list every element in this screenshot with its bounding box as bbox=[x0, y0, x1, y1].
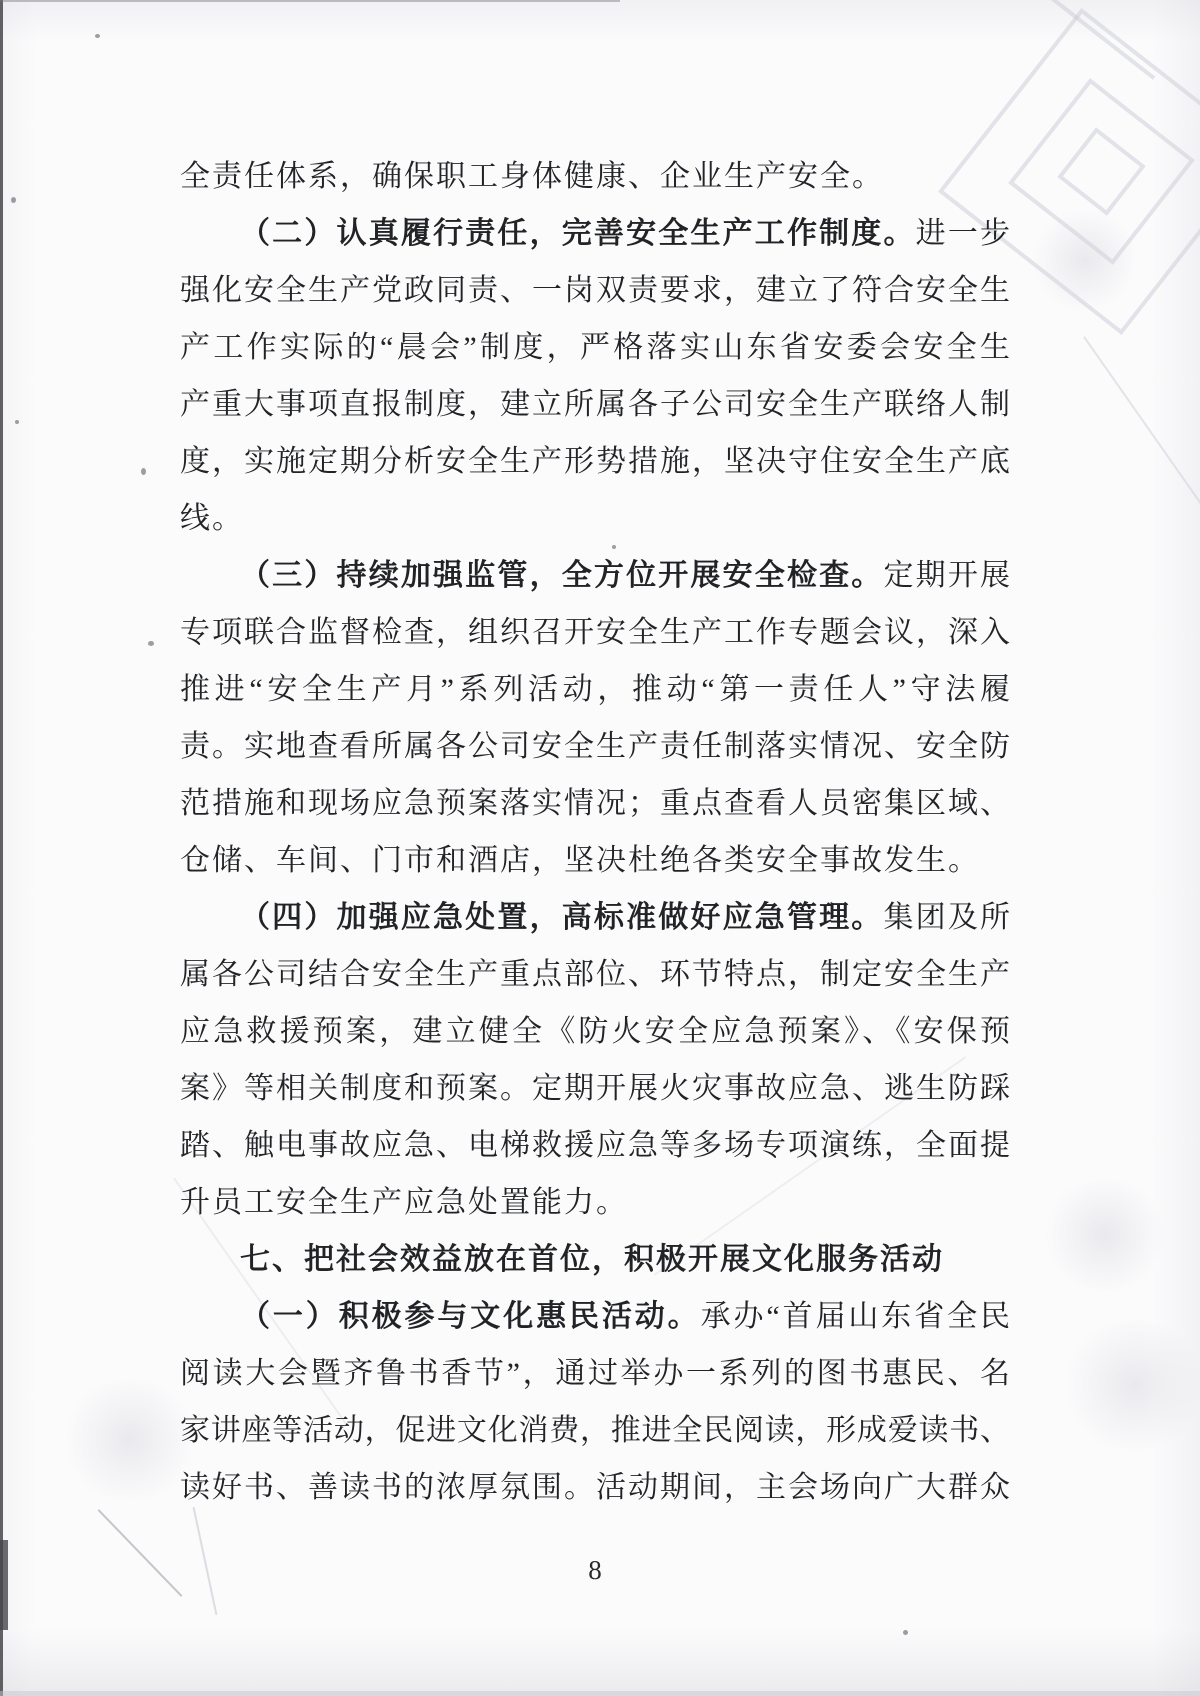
heading-text: （二）认真履行责任，完善安全生产工作制度。 bbox=[240, 217, 916, 250]
body-text: 承办“首届山东省全民 bbox=[701, 1300, 1010, 1333]
body-text: 仓储、车间、门市和酒店，坚决杜绝各类安全事故发生。 bbox=[180, 844, 980, 877]
text-line: 推进“安全生产月”系列活动，推动“第一责任人”守法履 bbox=[180, 661, 1010, 718]
scan-speck bbox=[903, 1630, 908, 1635]
text-line: （四）加强应急处置，高标准做好应急管理。集团及所 bbox=[180, 889, 1010, 946]
text-line: （一）积极参与文化惠民活动。承办“首届山东省全民 bbox=[180, 1288, 1010, 1345]
text-line: 度，实施定期分析安全生产形势措施，坚决守住安全生产底 bbox=[180, 433, 1010, 490]
page-number: 8 bbox=[180, 1545, 1010, 1595]
body-text: 阅读大会暨齐鲁书香节”，通过举办一系列的图书惠民、名 bbox=[180, 1357, 1010, 1390]
scan-mottle bbox=[1030, 210, 1140, 310]
text-line: 责。实地查看所属各公司安全生产责任制落实情况、安全防 bbox=[180, 718, 1010, 775]
body-text: 案》等相关制度和预案。定期开展火灾事故应急、逃生防踩 bbox=[180, 1072, 1010, 1105]
scan-hairline bbox=[1083, 336, 1200, 526]
body-text: 产重大事项直报制度，建立所属各子公司安全生产联络人制 bbox=[180, 388, 1010, 421]
body-text: 读好书、善读书的浓厚氛围。活动期间，主会场向广大群众 bbox=[180, 1471, 1010, 1504]
body-text: 进一步 bbox=[916, 217, 1010, 250]
body-text: 范措施和现场应急预案落实情况；重点查看人员密集区域、 bbox=[180, 787, 1010, 820]
scan-mottle bbox=[1060, 1320, 1200, 1450]
text-line: 家讲座等活动，促进文化消费，推进全民阅读，形成爱读书、 bbox=[180, 1402, 1010, 1459]
scan-speck bbox=[11, 197, 16, 203]
scan-top-edge bbox=[0, 0, 620, 2]
heading-text: （一）积极参与文化惠民活动。 bbox=[240, 1300, 701, 1333]
text-line: 产工作实际的“晨会”制度，严格落实山东省安委会安全生 bbox=[180, 319, 1010, 376]
text-line: 阅读大会暨齐鲁书香节”，通过举办一系列的图书惠民、名 bbox=[180, 1345, 1010, 1402]
text-line: 范措施和现场应急预案落实情况；重点查看人员密集区域、 bbox=[180, 775, 1010, 832]
document-body: 全责任体系，确保职工身体健康、企业生产安全。（二）认真履行责任，完善安全生产工作… bbox=[180, 148, 1010, 1516]
scan-mottle bbox=[60, 1380, 200, 1500]
heading-text: 七、把社会效益放在首位，积极开展文化服务活动 bbox=[240, 1243, 944, 1276]
text-line: 全责任体系，确保职工身体健康、企业生产安全。 bbox=[180, 148, 1010, 205]
scan-speck bbox=[95, 34, 100, 38]
body-text: 升员工安全生产应急处置能力。 bbox=[180, 1186, 628, 1219]
text-line: 产重大事项直报制度，建立所属各子公司安全生产联络人制 bbox=[180, 376, 1010, 433]
heading-text: （四）加强应急处置，高标准做好应急管理。 bbox=[240, 901, 883, 934]
text-line: 读好书、善读书的浓厚氛围。活动期间，主会场向广大群众 bbox=[180, 1459, 1010, 1516]
body-text: 责。实地查看所属各公司安全生产责任制落实情况、安全防 bbox=[180, 730, 1010, 763]
text-line: （三）持续加强监管，全方位开展安全检查。定期开展 bbox=[180, 547, 1010, 604]
scan-mottle bbox=[1040, 1180, 1170, 1290]
body-text: 推进“安全生产月”系列活动，推动“第一责任人”守法履 bbox=[180, 673, 1010, 706]
body-text: 全责任体系，确保职工身体健康、企业生产安全。 bbox=[180, 160, 884, 193]
text-line: 强化安全生产党政同责、一岗双责要求，建立了符合安全生 bbox=[180, 262, 1010, 319]
body-text: 应急救援预案，建立健全《防火安全应急预案》、《安保预 bbox=[180, 1015, 1010, 1048]
body-text: 产工作实际的“晨会”制度，严格落实山东省安委会安全生 bbox=[180, 331, 1010, 364]
scan-speck bbox=[141, 468, 146, 475]
scan-hairline bbox=[98, 1509, 183, 1597]
text-line: 案》等相关制度和预案。定期开展火灾事故应急、逃生防踩 bbox=[180, 1060, 1010, 1117]
heading-text: （三）持续加强监管，全方位开展安全检查。 bbox=[240, 559, 883, 592]
scan-speck bbox=[148, 641, 154, 646]
body-text: 踏、触电事故应急、电梯救援应急等多场专项演练，全面提 bbox=[180, 1129, 1010, 1162]
body-text: 专项联合监督检查，组织召开安全生产工作专题会议，深入 bbox=[180, 616, 1010, 649]
scanner-edge-line bbox=[0, 0, 3, 1696]
scan-bottom-edge bbox=[0, 1691, 1200, 1696]
text-line: 七、把社会效益放在首位，积极开展文化服务活动 bbox=[180, 1231, 1010, 1288]
body-text: 强化安全生产党政同责、一岗双责要求，建立了符合安全生 bbox=[180, 274, 1010, 307]
text-line: 专项联合监督检查，组织召开安全生产工作专题会议，深入 bbox=[180, 604, 1010, 661]
text-line: 属各公司结合安全生产重点部位、环节特点，制定安全生产 bbox=[180, 946, 1010, 1003]
body-text: 定期开展 bbox=[883, 559, 1010, 592]
body-text: 度，实施定期分析安全生产形势措施，坚决守住安全生产底 bbox=[180, 445, 1010, 478]
body-text: 集团及所 bbox=[883, 901, 1010, 934]
body-text: 家讲座等活动，促进文化消费，推进全民阅读，形成爱读书、 bbox=[180, 1414, 1010, 1447]
document-page: 全责任体系，确保职工身体健康、企业生产安全。（二）认真履行责任，完善安全生产工作… bbox=[0, 0, 1200, 1696]
text-line: 线。 bbox=[180, 490, 1010, 547]
text-line: 仓储、车间、门市和酒店，坚决杜绝各类安全事故发生。 bbox=[180, 832, 1010, 889]
body-text: 属各公司结合安全生产重点部位、环节特点，制定安全生产 bbox=[180, 958, 1010, 991]
text-line: 应急救援预案，建立健全《防火安全应急预案》、《安保预 bbox=[180, 1003, 1010, 1060]
scanner-edge-smudge bbox=[0, 1540, 8, 1630]
text-line: 踏、触电事故应急、电梯救援应急等多场专项演练，全面提 bbox=[180, 1117, 1010, 1174]
body-text: 线。 bbox=[180, 502, 244, 535]
text-line: （二）认真履行责任，完善安全生产工作制度。进一步 bbox=[180, 205, 1010, 262]
scan-speck bbox=[15, 420, 19, 424]
text-line: 升员工安全生产应急处置能力。 bbox=[180, 1174, 1010, 1231]
